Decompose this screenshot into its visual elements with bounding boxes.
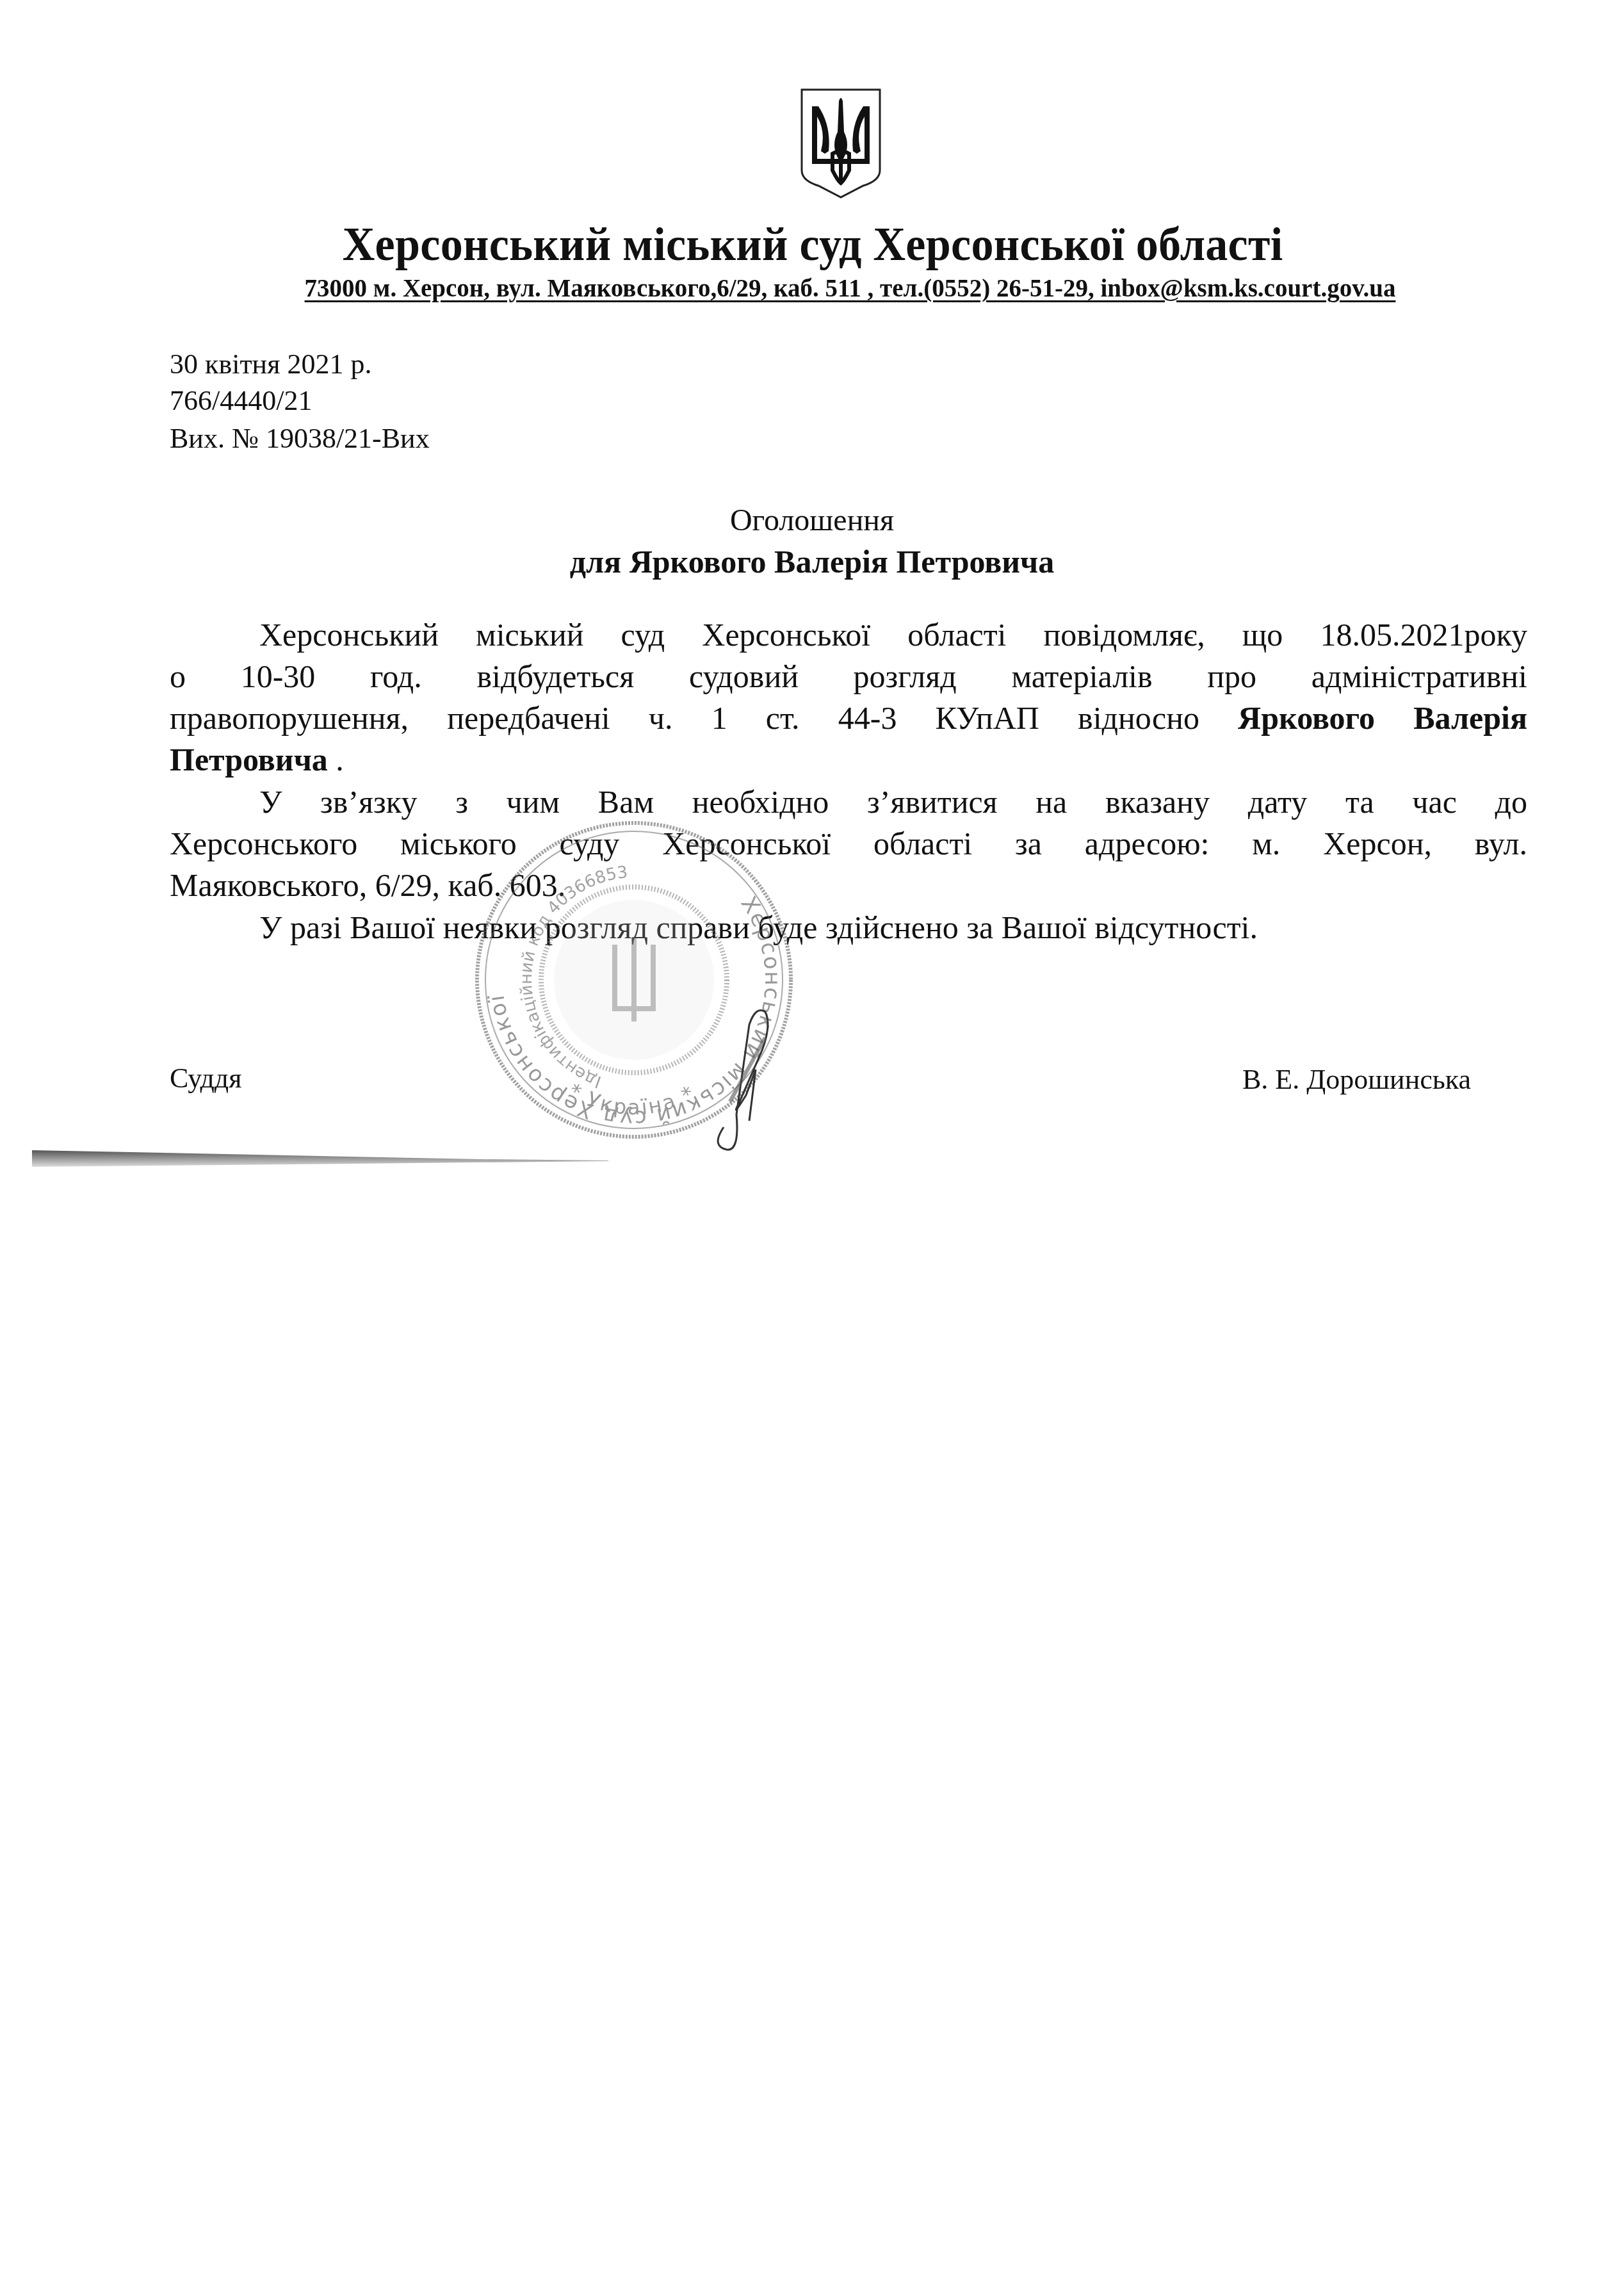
body-paragraph-2-line-2: Херсонського міського суду Херсонської о… bbox=[170, 827, 1527, 859]
stamp-bottom-text: * Україна * bbox=[564, 1079, 699, 1119]
signatory-name: В. Е. Дорошинська bbox=[1242, 1063, 1471, 1096]
body-paragraph-1-line-1: Херсонський міський суд Херсонської обла… bbox=[170, 619, 1527, 651]
body-paragraph-1-line-2: о 10-30 год. відбудеться судовий розгляд… bbox=[170, 660, 1527, 692]
notice-recipient: для Яркового Валерія Петровича bbox=[0, 543, 1624, 580]
svg-text:Херсонський міський суд Херсон: Херсонський міський суд Херсонської обла… bbox=[471, 817, 785, 1131]
document-date: 30 квітня 2021 р. bbox=[170, 350, 371, 378]
trident-icon bbox=[615, 938, 653, 1022]
trident-coat-of-arms-icon bbox=[799, 87, 882, 200]
signatory-title: Суддя bbox=[170, 1062, 242, 1095]
stamp-outer-text: Херсонський міський суд Херсонської обла… bbox=[471, 817, 785, 1131]
court-seal-stamp: Херсонський міський суд Херсонської обла… bbox=[471, 817, 797, 1143]
body-text: правопорушення, передбачені ч. 1 ст. 44-… bbox=[170, 700, 1238, 736]
body-paragraph-2-line-1: У зв’язку з чим Вам необхідно з’явитися … bbox=[170, 786, 1527, 818]
court-address-line: 73000 м. Херсон, вул. Маяковського,6/29,… bbox=[259, 274, 1441, 303]
body-paragraph-1-line-3: правопорушення, передбачені ч. 1 ст. 44-… bbox=[170, 702, 1527, 734]
recipient-name-bold: Яркового Валерія bbox=[1238, 700, 1527, 736]
court-name-heading: Херсонський міський суд Херсонської обла… bbox=[33, 218, 1593, 272]
body-paragraph-1-line-4: Петровича . bbox=[170, 744, 1527, 776]
body-paragraph-3: У разі Вашої неявки розгляд справи буде … bbox=[170, 911, 1527, 943]
recipient-patronymic-bold: Петровича bbox=[170, 742, 328, 777]
outgoing-number: Вих. № 19038/21-Вих bbox=[170, 425, 430, 453]
scan-edge-shadow bbox=[32, 1146, 608, 1172]
notice-title: Оголошення bbox=[0, 503, 1624, 538]
body-paragraph-2-line-3: Маяковського, 6/29, каб. 603. bbox=[170, 869, 1527, 901]
svg-text:* Україна *: * Україна * bbox=[564, 1079, 699, 1119]
body-text: . bbox=[328, 742, 344, 777]
handwritten-signature bbox=[704, 999, 788, 1153]
case-number: 766/4440/21 bbox=[170, 387, 312, 415]
